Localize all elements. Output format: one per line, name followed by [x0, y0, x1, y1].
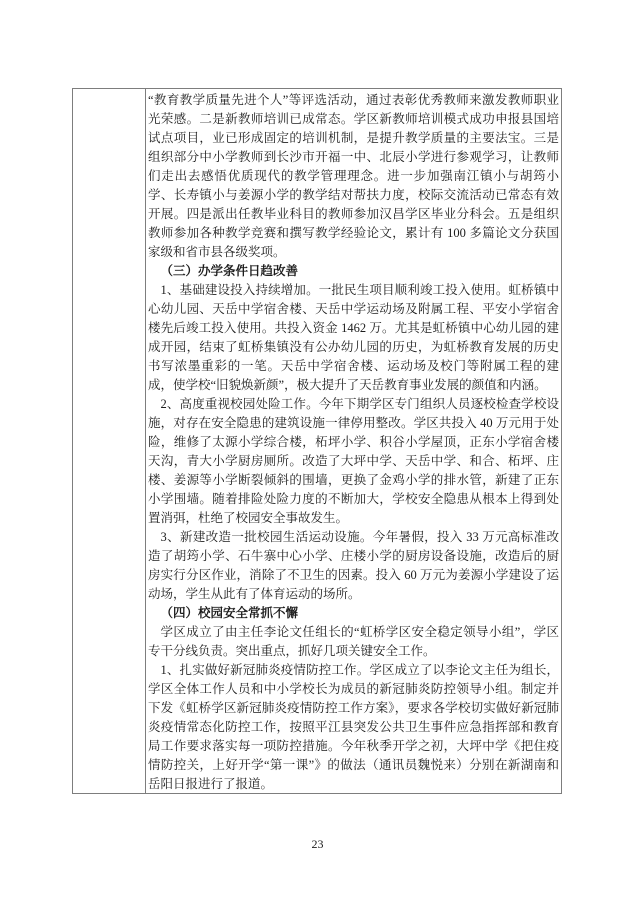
- paragraph: 2、高度重视校园处险工作。今年下期学区专门组织人员逐校检查学校设施，对存在安全隐…: [148, 395, 559, 528]
- section-heading: （三）办学条件日趋改善: [148, 262, 559, 281]
- table-label-column: [73, 89, 146, 793]
- report-table: “教育教学质量先进个人”等评选活动，通过表彰优秀教师来激发教师职业光荣感。二是新…: [72, 88, 562, 794]
- paragraph-list: “教育教学质量先进个人”等评选活动，通过表彰优秀教师来激发教师职业光荣感。二是新…: [148, 91, 559, 793]
- section-heading: （四）校园安全常抓不懈: [148, 604, 559, 623]
- paragraph: 学区成立了由主任李论文任组长的“虹桥学区安全稳定领导小组”，学区专干分线负责。突…: [148, 623, 559, 661]
- paragraph: 3、新建改造一批校园生活运动设施。今年暑假，投入 33 万元高标准改造了胡筠小学…: [148, 528, 559, 604]
- paragraph: 1、扎实做好新冠肺炎疫情防控工作。学区成立了以李论文主任为组长，学区全体工作人员…: [148, 661, 559, 793]
- paragraph: 1、基础建设投入持续增加。一批民生项目顺利竣工投入使用。虹桥镇中心幼儿园、天岳中…: [148, 281, 559, 395]
- document-page: “教育教学质量先进个人”等评选活动，通过表彰优秀教师来激发教师职业光荣感。二是新…: [0, 0, 635, 898]
- table-content-cell: “教育教学质量先进个人”等评选活动，通过表彰优秀教师来激发教师职业光荣感。二是新…: [146, 89, 561, 793]
- paragraph: “教育教学质量先进个人”等评选活动，通过表彰优秀教师来激发教师职业光荣感。二是新…: [148, 91, 559, 262]
- page-number: 23: [0, 837, 635, 852]
